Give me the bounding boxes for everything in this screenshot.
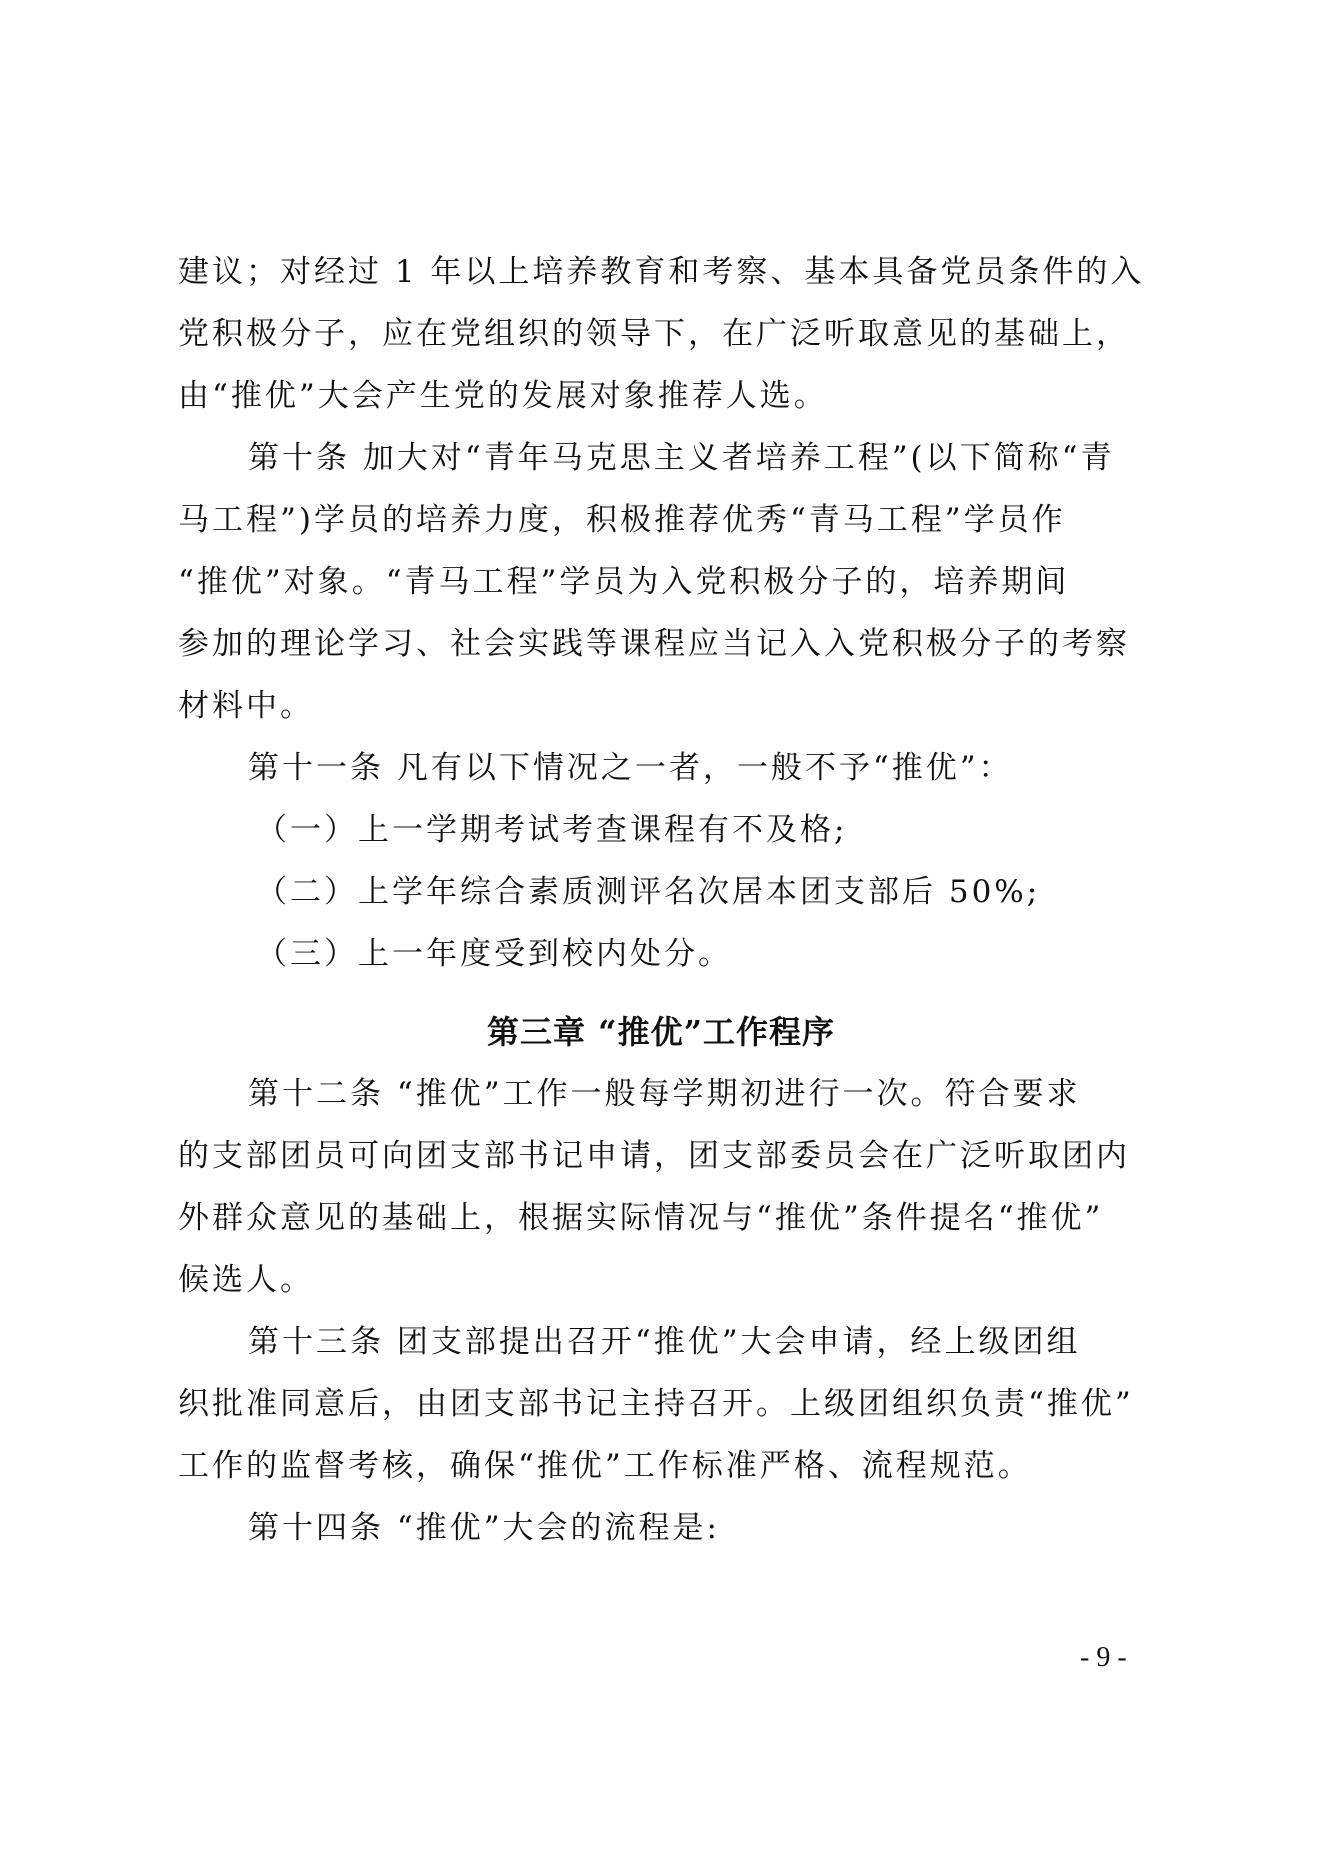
article-14-line: 第十四条 “推优”大会的流程是: xyxy=(248,1508,1162,1548)
paragraph-line: 参加的理论学习、社会实践等课程应当记入入党积极分子的考察 xyxy=(178,624,1162,664)
article-12-line: 第十二条 “推优”工作一般每学期初进行一次。符合要求 xyxy=(248,1074,1162,1114)
paragraph-line: 建议；对经过 1 年以上培养教育和考察、基本具备党员条件的入 xyxy=(178,252,1162,292)
paragraph-line: 外群众意见的基础上，根据实际情况与“推优”条件提名“推优” xyxy=(178,1198,1162,1238)
paragraph-line: 马工程”)学员的培养力度，积极推荐优秀“青马工程”学员作 xyxy=(178,500,1162,540)
paragraph-line: 候选人。 xyxy=(178,1260,1162,1300)
paragraph-line: 织批准同意后，由团支部书记主持召开。上级团组织负责“推优” xyxy=(178,1384,1162,1424)
chapter-heading: 第三章 “推优”工作程序 xyxy=(0,1012,1322,1052)
article-13-line: 第十三条 团支部提出召开“推优”大会申请，经上级团组 xyxy=(248,1322,1162,1362)
paragraph-line: 工作的监督考核，确保“推优”工作标准严格、流程规范。 xyxy=(178,1446,1162,1486)
document-page: 建议；对经过 1 年以上培养教育和考察、基本具备党员条件的入 党积极分子，应在党… xyxy=(0,0,1322,1871)
paragraph-line: 由“推优”大会产生党的发展对象推荐人选。 xyxy=(178,376,1162,416)
list-item: （三）上一年度受到校内处分。 xyxy=(256,934,1162,974)
list-item: （一）上一学期考试考查课程有不及格; xyxy=(256,810,1162,850)
paragraph-line: 的支部团员可向团支部书记申请，团支部委员会在广泛听取团内 xyxy=(178,1136,1162,1176)
article-11-line: 第十一条 凡有以下情况之一者，一般不予“推优”： xyxy=(248,748,1162,788)
article-10-line: 第十条 加大对“青年马克思主义者培养工程”(以下简称“青 xyxy=(248,438,1162,478)
paragraph-line: 党积极分子，应在党组织的领导下，在广泛听取意见的基础上， xyxy=(178,314,1162,354)
paragraph-line: 材料中。 xyxy=(178,686,1162,726)
paragraph-line: “推优”对象。“青马工程”学员为入党积极分子的，培养期间 xyxy=(178,562,1162,602)
page-number: - 9 - xyxy=(1080,1638,1127,1678)
list-item: （二）上学年综合素质测评名次居本团支部后 50%; xyxy=(256,872,1162,912)
